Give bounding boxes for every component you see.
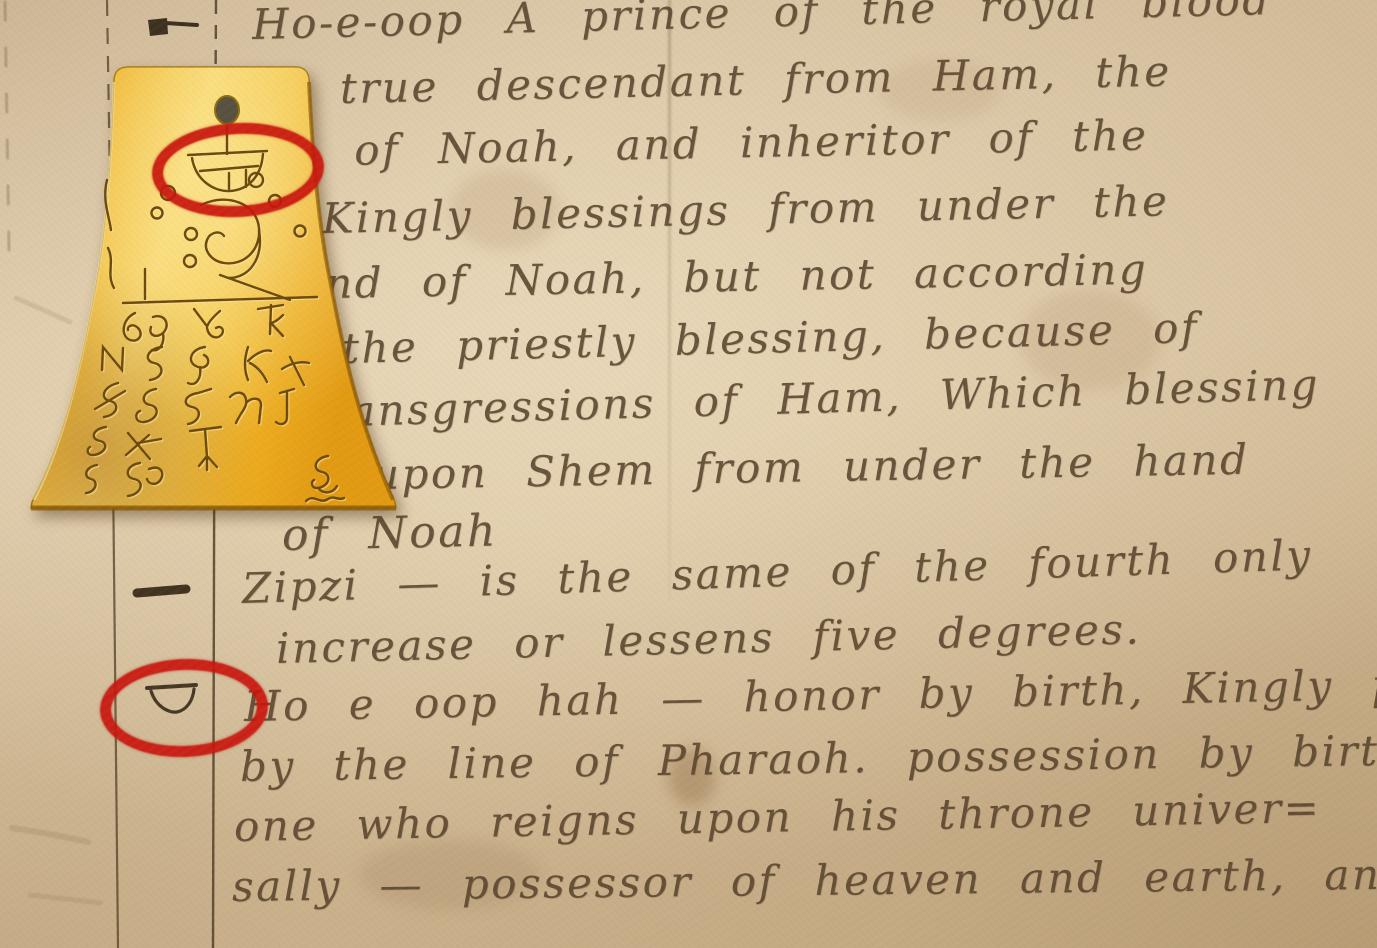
margin-flag-character-icon xyxy=(148,18,197,36)
plate-hole xyxy=(215,96,239,124)
margin-dash-character-icon xyxy=(137,589,186,593)
gold-plate-artifact xyxy=(18,52,408,522)
manuscript-page: Ho-e-oop A prince of the royal blood tru… xyxy=(0,0,1377,948)
